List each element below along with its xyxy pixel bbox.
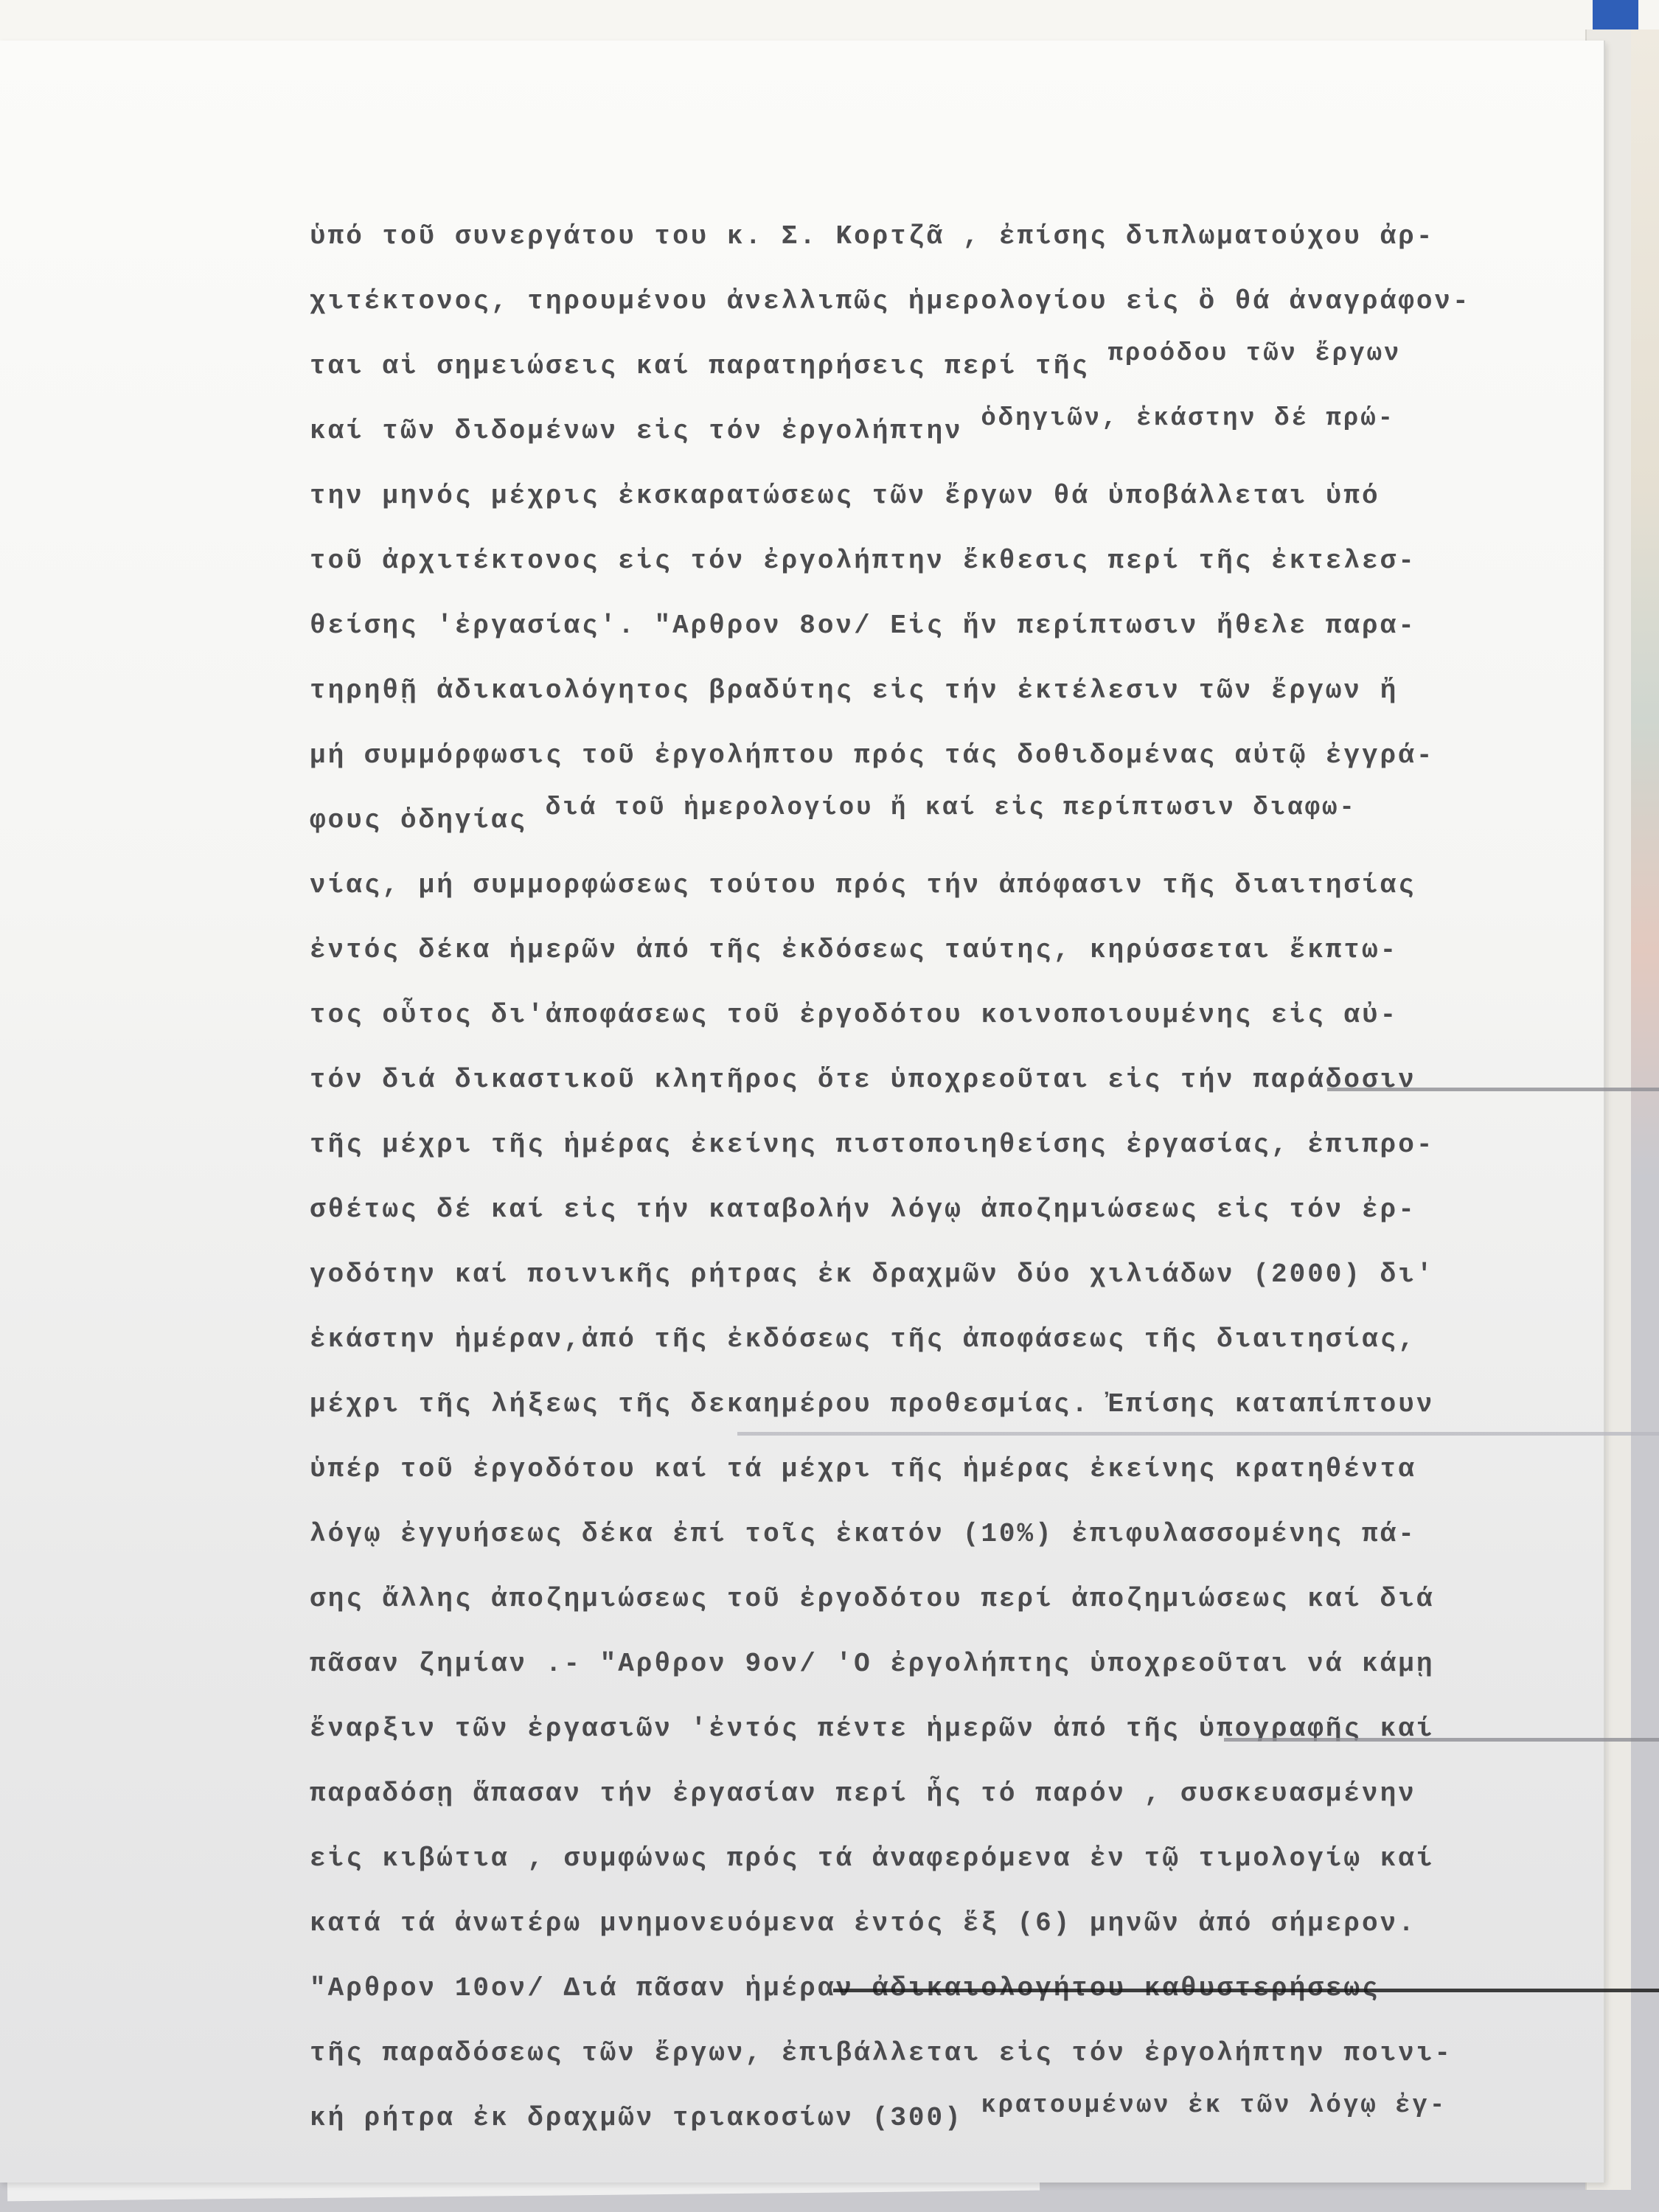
text-line: θείσης 'ἐργασίας'. "Αρθρον 8ον/ Εἰς ἥν π…	[310, 611, 1563, 650]
line-main-text: σης ἄλλης ἀποζημιώσεως τοῦ ἐργοδότου περ…	[310, 1584, 1434, 1614]
text-line: παραδόσῃ ἅπασαν τήν ἐργασίαν περί ἧς τό …	[310, 1778, 1563, 1818]
text-line: ἔναρξιν τῶν ἐργασιῶν 'ἐντός πέντε ἡμερῶν…	[310, 1714, 1563, 1753]
line-main-text: τῆς μέχρι τῆς ἡμέρας ἐκείνης πιστοποιηθε…	[310, 1130, 1434, 1160]
line-main-text: καί τῶν διδομένων εἰς τόν ἐργολήπτην	[310, 416, 963, 446]
line-raised-text: ὁδηγιῶν, ἑκάστην δέ πρώ-	[981, 405, 1395, 433]
line-main-text: ὑπέρ τοῦ ἐργοδότου καί τά μέχρι τῆς ἡμέρ…	[310, 1454, 1416, 1484]
text-line: τόν διά δικαστικοῦ κλητῆρος ὅτε ὑποχρεοῦ…	[310, 1065, 1563, 1105]
text-line: εἰς κιβώτια , συμφώνως πρός τά ἀναφερόμε…	[310, 1843, 1563, 1883]
line-main-text: μή συμμόρφωσις τοῦ ἐργολήπτου πρός τάς δ…	[310, 740, 1434, 771]
line-main-text: παραδόσῃ ἅπασαν τήν ἐργασίαν περί ἧς τό …	[310, 1778, 1416, 1809]
line-main-text: ὑπό τοῦ συνεργάτου του κ. Σ. Κορτζᾶ , ἐπ…	[310, 221, 1434, 251]
line-main-text: ἑκάστην ἡμέραν,ἀπό τῆς ἐκδόσεως τῆς ἀποφ…	[310, 1324, 1416, 1354]
text-line: πᾶσαν ζημίαν .- "Αρθρον 9ον/ 'Ο ἐργολήπτ…	[310, 1649, 1563, 1688]
line-main-text: ἐντός δέκα ἡμερῶν ἀπό τῆς ἐκδόσεως ταύτη…	[310, 935, 1398, 965]
text-line: νίας, μή συμμορφώσεως τούτου πρός τήν ἀπ…	[310, 870, 1563, 910]
line-main-text: νίας, μή συμμορφώσεως τούτου πρός τήν ἀπ…	[310, 870, 1416, 900]
line-main-text: ται αἱ σημειώσεις καί παρατηρήσεις περί …	[310, 351, 1090, 381]
text-line: ὑπέρ τοῦ ἐργοδότου καί τά μέχρι τῆς ἡμέρ…	[310, 1454, 1563, 1494]
line-main-text: σθέτως δέ καί εἰς τήν καταβολήν λόγῳ ἀπο…	[310, 1194, 1416, 1225]
line-raised-text: προόδου τῶν ἔργων	[1108, 340, 1402, 368]
line-main-text: τοῦ ἀρχιτέκτονος εἰς τόν ἐργολήπτην ἔκθε…	[310, 546, 1416, 576]
text-line: τῆς παραδόσεως τῶν ἔργων, ἐπιβάλλεται εἰ…	[310, 2038, 1563, 2078]
line-main-text: θείσης 'ἐργασίας'. "Αρθρον 8ον/ Εἰς ἥν π…	[310, 611, 1416, 641]
text-line: "Αρθρον 10ον/ Διά πᾶσαν ἡμέραν ἀδικαιολο…	[310, 1973, 1563, 2013]
text-line: κατά τά ἀνωτέρω μνημονευόμενα ἐντός ἕξ (…	[310, 1908, 1563, 1948]
line-main-text: τηρηθῇ ἀδικαιολόγητος βραδύτης εἰς τήν ἐ…	[310, 675, 1398, 706]
text-line: ἐντός δέκα ἡμερῶν ἀπό τῆς ἐκδόσεως ταύτη…	[310, 935, 1563, 975]
text-line: γοδότην καί ποινικῆς ρήτρας ἐκ δραχμῶν δ…	[310, 1259, 1563, 1299]
text-line: ἑκάστην ἡμέραν,ἀπό τῆς ἐκδόσεως τῆς ἀποφ…	[310, 1324, 1563, 1364]
line-main-text: τόν διά δικαστικοῦ κλητῆρος ὅτε ὑποχρεοῦ…	[310, 1065, 1416, 1095]
text-line: καί τῶν διδομένων εἰς τόν ἐργολήπτην ὁδη…	[310, 416, 1563, 456]
text-line: ὑπό τοῦ συνεργάτου του κ. Σ. Κορτζᾶ , ἐπ…	[310, 221, 1563, 261]
line-main-text: μέχρι τῆς λήξεως τῆς δεκαημέρου προθεσμί…	[310, 1389, 1434, 1419]
text-line: την μηνός μέχρις ἐκσκαρατώσεως τῶν ἔργων…	[310, 481, 1563, 521]
scan-artifact-line	[1327, 1088, 1659, 1091]
line-main-text: φους ὁδηγίας	[310, 805, 527, 835]
document-body: ὑπό τοῦ συνεργάτου του κ. Σ. Κορτζᾶ , ἐπ…	[310, 221, 1563, 2168]
typewritten-page: ὑπό τοῦ συνεργάτου του κ. Σ. Κορτζᾶ , ἐπ…	[0, 41, 1605, 2183]
line-raised-text: κρατουμένων ἐκ τῶν λόγῳ ἐγ-	[981, 2092, 1447, 2120]
text-line: φους ὁδηγίας διά τοῦ ἡμερολογίου ἤ καί ε…	[310, 805, 1563, 845]
line-main-text: κατά τά ἀνωτέρω μνημονευόμενα ἐντός ἕξ (…	[310, 1908, 1416, 1938]
scan-artifact-line	[1224, 1738, 1659, 1742]
line-main-text: κή ρήτρα ἐκ δραχμῶν τριακοσίων (300)	[310, 2103, 963, 2133]
scan-artifact-line	[833, 1989, 1659, 1992]
line-raised-text: διά τοῦ ἡμερολογίου ἤ καί εἰς περίπτωσιν…	[546, 794, 1357, 822]
line-main-text: χιτέκτονος, τηρουμένου ἀνελλιπῶς ἡμερολο…	[310, 286, 1471, 316]
text-line: χιτέκτονος, τηρουμένου ἀνελλιπῶς ἡμερολο…	[310, 286, 1563, 326]
line-main-text: γοδότην καί ποινικῆς ρήτρας ἐκ δραχμῶν δ…	[310, 1259, 1434, 1290]
line-main-text: τῆς παραδόσεως τῶν ἔργων, ἐπιβάλλεται εἰ…	[310, 2038, 1453, 2068]
line-main-text: τος οὗτος δι'ἀποφάσεως τοῦ ἐργοδότου κοι…	[310, 1000, 1398, 1030]
text-line: λόγῳ ἐγγυήσεως δέκα ἐπί τοῖς ἑκατόν (10%…	[310, 1519, 1563, 1559]
line-main-text: πᾶσαν ζημίαν .- "Αρθρον 9ον/ 'Ο ἐργολήπτ…	[310, 1649, 1434, 1679]
line-main-text: λόγῳ ἐγγυήσεως δέκα ἐπί τοῖς ἑκατόν (10%…	[310, 1519, 1416, 1549]
text-line: σης ἄλλης ἀποζημιώσεως τοῦ ἐργοδότου περ…	[310, 1584, 1563, 1624]
text-line: τῆς μέχρι τῆς ἡμέρας ἐκείνης πιστοποιηθε…	[310, 1130, 1563, 1169]
scan-artifact-line	[737, 1432, 1659, 1436]
text-line: κή ρήτρα ἐκ δραχμῶν τριακοσίων (300) κρα…	[310, 2103, 1563, 2143]
text-line: τοῦ ἀρχιτέκτονος εἰς τόν ἐργολήπτην ἔκθε…	[310, 546, 1563, 585]
line-main-text: εἰς κιβώτια , συμφώνως πρός τά ἀναφερόμε…	[310, 1843, 1434, 1874]
text-line: τηρηθῇ ἀδικαιολόγητος βραδύτης εἰς τήν ἐ…	[310, 675, 1563, 715]
text-line: σθέτως δέ καί εἰς τήν καταβολήν λόγῳ ἀπο…	[310, 1194, 1563, 1234]
line-main-text: την μηνός μέχρις ἐκσκαρατώσεως τῶν ἔργων…	[310, 481, 1380, 511]
text-line: μή συμμόρφωσις τοῦ ἐργολήπτου πρός τάς δ…	[310, 740, 1563, 780]
text-line: μέχρι τῆς λήξεως τῆς δεκαημέρου προθεσμί…	[310, 1389, 1563, 1429]
text-line: ται αἱ σημειώσεις καί παρατηρήσεις περί …	[310, 351, 1563, 391]
text-line: τος οὗτος δι'ἀποφάσεως τοῦ ἐργοδότου κοι…	[310, 1000, 1563, 1040]
